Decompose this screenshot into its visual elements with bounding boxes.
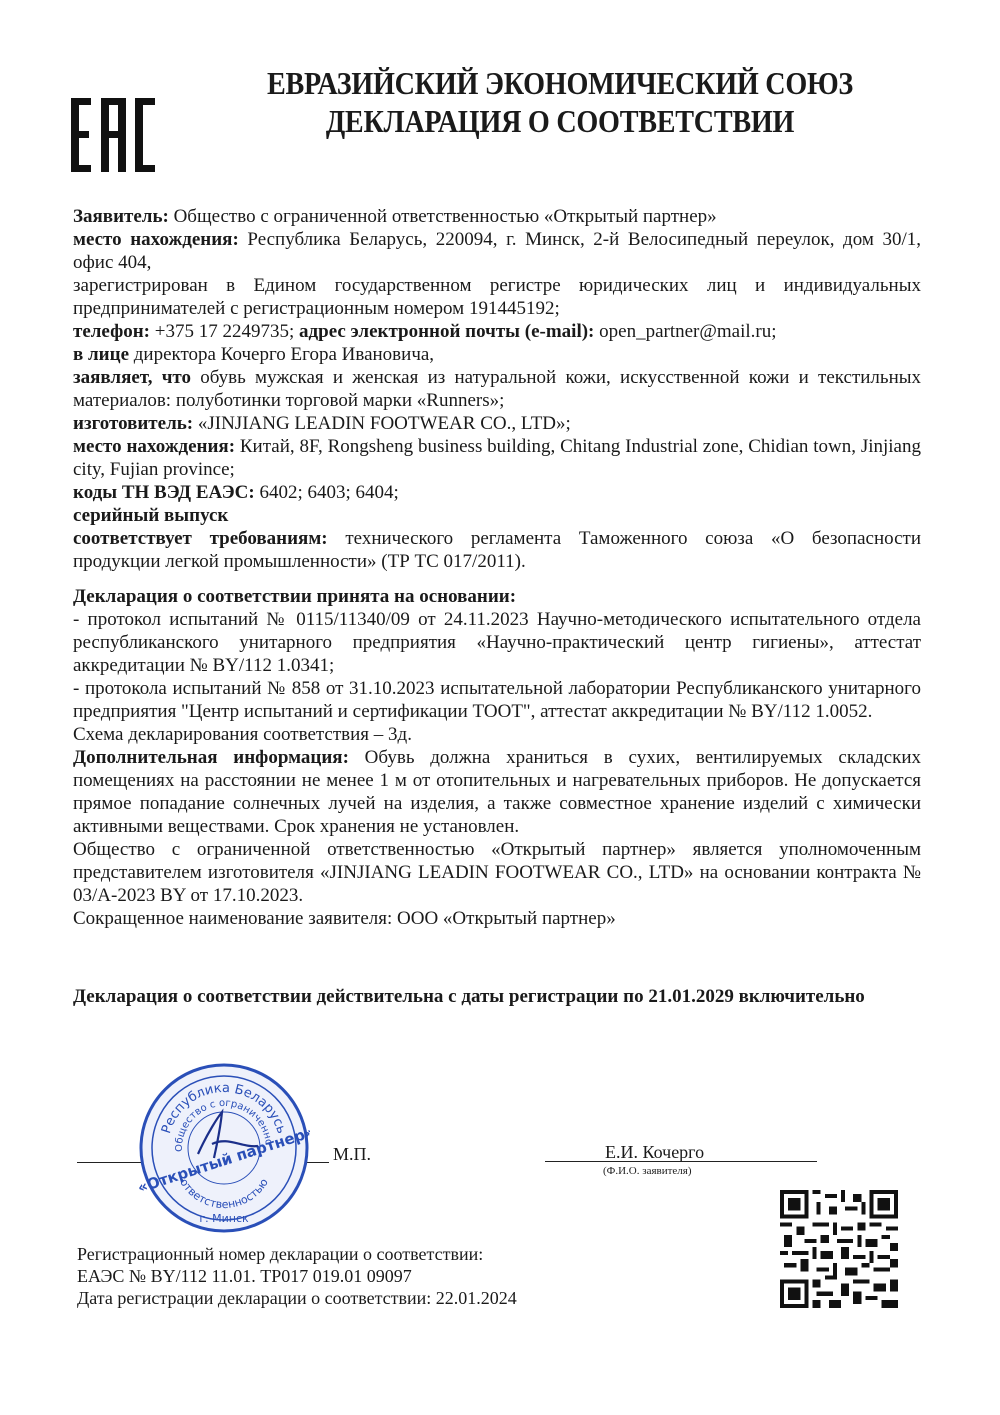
compliance-requirements: соответствует требованиям: технического … <box>73 527 921 573</box>
applicant-registration: зарегистрирован в Едином государственном… <box>73 274 921 320</box>
stamp-place-label: М.П. <box>333 1144 371 1165</box>
eac-logo-icon <box>71 98 155 172</box>
name-line <box>545 1161 817 1162</box>
email-link[interactable]: open_partner@mail.ru; <box>594 321 776 342</box>
release-type: серийный выпуск <box>73 504 921 527</box>
registration-number: ЕАЭС № BY/112 11.01. ТР017 019.01 09097 <box>77 1265 517 1287</box>
union-title: ЕВРАЗИЙСКИЙ ЭКОНОМИЧЕСКИЙ СОЮЗ <box>243 64 877 102</box>
additional-info: Дополнительная информация: Обувь должна … <box>73 746 921 838</box>
basis-item: - протокол испытаний № 0115/11340/09 от … <box>73 608 921 677</box>
tn-ved-codes: коды ТН ВЭД ЕАЭС: 6402; 6403; 6404; <box>73 481 921 504</box>
applicant-short-name: Сокращенное наименование заявителя: ООО … <box>73 907 921 930</box>
registration-block: Регистрационный номер декларации о соотв… <box>77 1243 517 1309</box>
document-title: ДЕКЛАРАЦИЯ О СООТВЕТСТВИИ <box>243 102 877 140</box>
applicant-person: в лице директора Кочерго Егора Ивановича… <box>73 343 921 366</box>
qr-code-icon[interactable] <box>780 1190 898 1308</box>
manufacturer-location: место нахождения: Китай, 8F, Rongsheng b… <box>73 435 921 481</box>
signatory-name: Е.И. Кочерго <box>605 1142 704 1163</box>
svg-text:г. Минск: г. Минск <box>199 1212 249 1225</box>
applicant-location: место нахождения: Республика Беларусь, 2… <box>73 228 921 274</box>
product-declaration: заявляет, что обувь мужская и женская из… <box>73 366 921 412</box>
basis-heading: Декларация о соответствии принята на осн… <box>73 585 921 608</box>
registration-date: Дата регистрации декларации о соответств… <box>77 1287 517 1309</box>
applicant-section: Заявитель: Общество с ограниченной ответ… <box>73 205 921 573</box>
declaration-scheme: Схема декларирования соответствия – 3д. <box>73 723 921 746</box>
basis-item: - протокола испытаний № 858 от 31.10.202… <box>73 677 921 723</box>
applicant-contacts: телефон: +375 17 2249735; адрес электрон… <box>73 320 921 343</box>
name-caption: (Ф.И.О. заявителя) <box>603 1165 692 1177</box>
applicant-line: Заявитель: Общество с ограниченной ответ… <box>73 205 921 228</box>
authorized-representative: Общество с ограниченной ответственностью… <box>73 838 921 907</box>
manufacturer: изготовитель: «JINJIANG LEADIN FOOTWEAR … <box>73 412 921 435</box>
basis-section: Декларация о соответствии принята на осн… <box>73 585 921 930</box>
registration-number-label: Регистрационный номер декларации о соотв… <box>77 1243 517 1265</box>
validity-statement: Декларация о соответствии действительна … <box>73 986 865 1008</box>
company-stamp-icon: Республика Беларусь Общество с ограничен… <box>138 1062 310 1234</box>
